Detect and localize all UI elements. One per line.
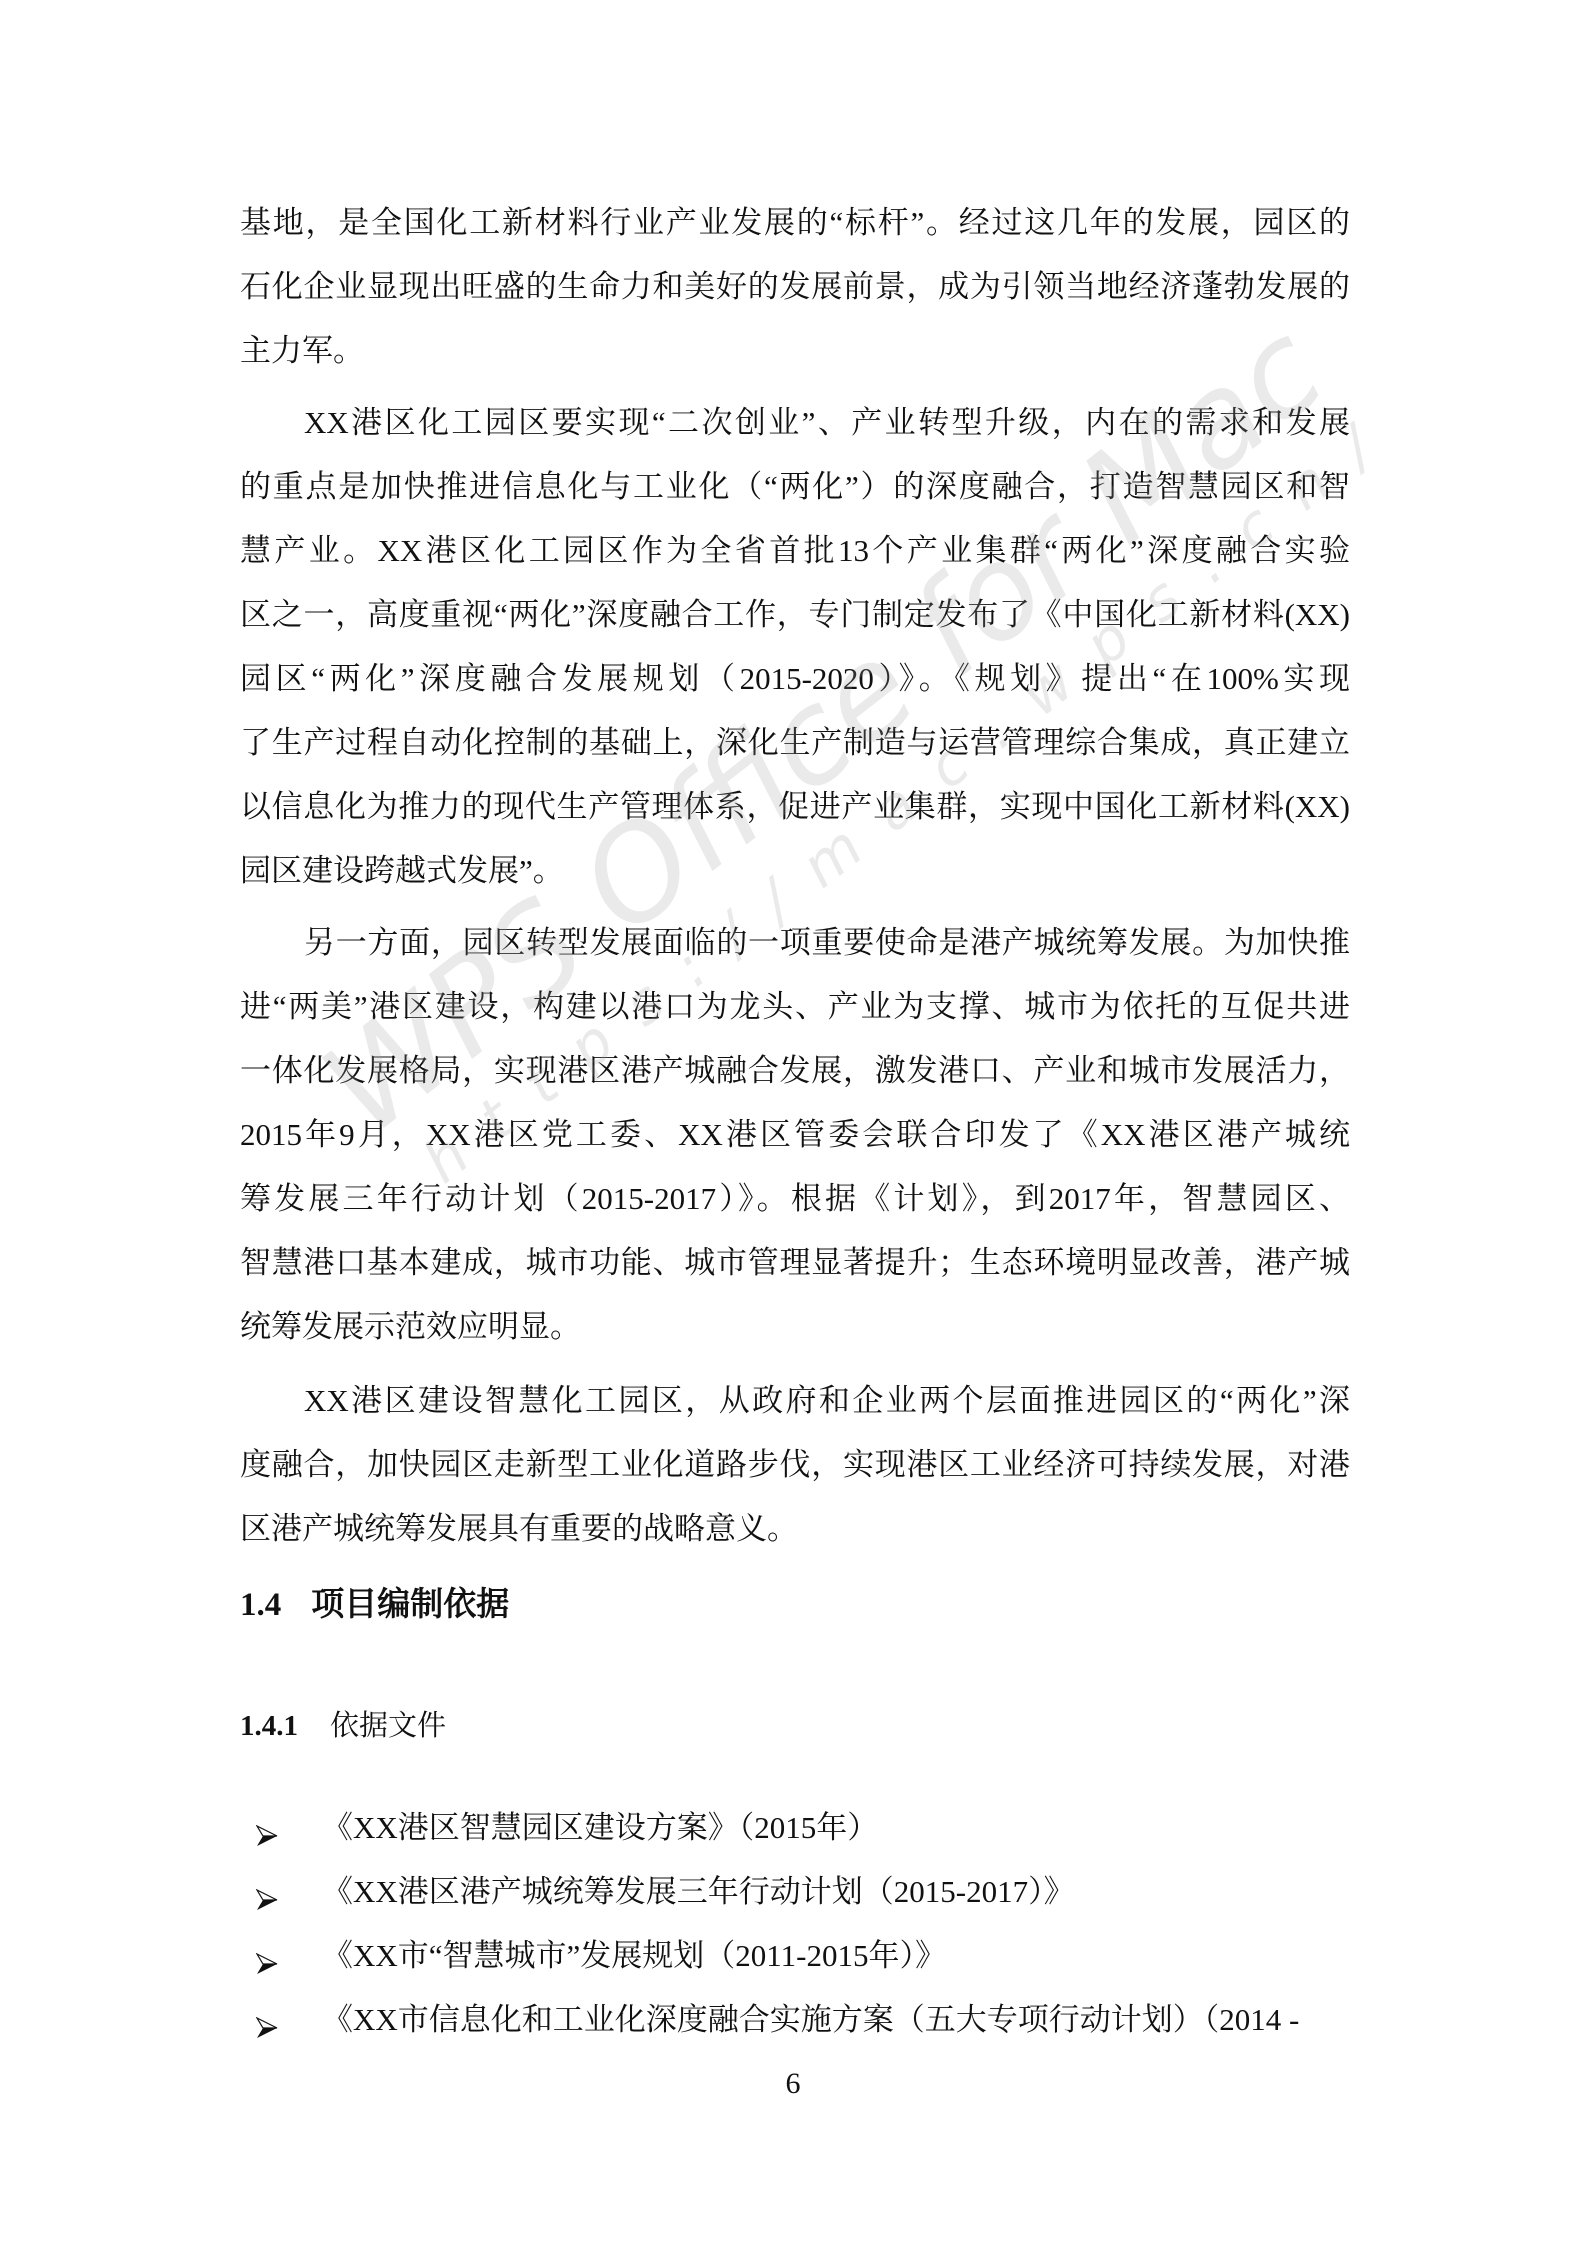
paragraph-line: 基地，是全国化工新材料行业产业发展的“标杆”。经过这几年的发展，园区的: [240, 203, 1350, 243]
arrow-bullet-icon: [256, 2009, 278, 2031]
list-item-text: 《XX港区智慧园区建设方案》（2015年）: [322, 1810, 878, 1845]
paragraph-line: 度融合，加快园区走新型工业化道路步伐，实现港区工业经济可持续发展，对港: [240, 1445, 1350, 1485]
subsection-number: 1.4.1: [240, 1710, 298, 1742]
paragraph-line: 石化企业显现出旺盛的生命力和美好的发展前景，成为引领当地经济蓬勃发展的: [240, 267, 1350, 307]
list-item: 《XX港区智慧园区建设方案》（2015年）: [256, 1808, 878, 1848]
arrow-bullet-icon: [256, 1881, 278, 1903]
paragraph-line: 的重点是加快推进信息化与工业化（“两化”）的深度融合，打造智慧园区和智: [240, 467, 1350, 507]
section-heading: 1.4项目编制依据: [240, 1585, 509, 1625]
list-item: 《XX市信息化和工业化深度融合实施方案（五大专项行动计划）（2014 -: [256, 2000, 1299, 2040]
arrow-bullet-icon: [256, 1945, 278, 1967]
paragraph-line: 筹发展三年行动计划（2015-2017）》。根据《计划》，到2017年，智慧园区…: [240, 1179, 1350, 1219]
section-title: 项目编制依据: [311, 1587, 509, 1623]
paragraph-line: 了生产过程自动化控制的基础上，深化生产制造与运营管理综合集成，真正建立: [240, 723, 1350, 763]
paragraph-line: 另一方面，园区转型发展面临的一项重要使命是港产城统筹发展。为加快推: [304, 923, 1350, 963]
subsection-heading: 1.4.1依据文件: [240, 1706, 446, 1746]
list-item-text: 《XX港区港产城统筹发展三年行动计划（2015-2017）》: [322, 1874, 1075, 1909]
paragraph-line: 以信息化为推力的现代生产管理体系，促进产业集群，实现中国化工新材料(XX): [240, 787, 1350, 827]
paragraph-line: 智慧港口基本建成，城市功能、城市管理显著提升；生态环境明显改善，港产城: [240, 1243, 1350, 1283]
paragraph-line: 园区建设跨越式发展”。: [240, 851, 1350, 891]
subsection-title: 依据文件: [330, 1710, 446, 1742]
section-number: 1.4: [240, 1587, 281, 1623]
document-page: 基地，是全国化工新材料行业产业发展的“标杆”。经过这几年的发展，园区的 石化企业…: [0, 0, 1586, 2244]
paragraph-line: XX港区化工园区要实现“二次创业”、产业转型升级，内在的需求和发展: [304, 403, 1350, 443]
paragraph-line: 园区“两化”深度融合发展规划（2015-2020）》。《规划》提出“在100%实…: [240, 659, 1350, 699]
paragraph-line: 慧产业。XX港区化工园区作为全省首批13个产业集群“两化”深度融合实验: [240, 531, 1350, 571]
paragraph-line: 统筹发展示范效应明显。: [240, 1307, 1350, 1347]
page-number: 6: [0, 2064, 1586, 2104]
list-item: 《XX港区港产城统筹发展三年行动计划（2015-2017）》: [256, 1872, 1075, 1912]
paragraph-line: 一体化发展格局，实现港区港产城融合发展，激发港口、产业和城市发展活力，: [240, 1051, 1350, 1091]
paragraph-line: 区之一，高度重视“两化”深度融合工作，专门制定发布了《中国化工新材料(XX): [240, 595, 1350, 635]
arrow-bullet-icon: [256, 1817, 278, 1839]
paragraph-line: 主力军。: [240, 331, 1350, 371]
paragraph-line: 进“两美”港区建设，构建以港口为龙头、产业为支撑、城市为依托的互促共进: [240, 987, 1350, 1027]
paragraph-line: XX港区建设智慧化工园区，从政府和企业两个层面推进园区的“两化”深: [304, 1381, 1350, 1421]
list-item: 《XX市“智慧城市”发展规划（2011-2015年）》: [256, 1936, 946, 1976]
paragraph-line: 2015年9月，XX港区党工委、XX港区管委会联合印发了《XX港区港产城统: [240, 1115, 1350, 1155]
list-item-text: 《XX市信息化和工业化深度融合实施方案（五大专项行动计划）（2014 -: [322, 2002, 1299, 2037]
list-item-text: 《XX市“智慧城市”发展规划（2011-2015年）》: [322, 1938, 946, 1973]
paragraph-line: 区港产城统筹发展具有重要的战略意义。: [240, 1509, 1350, 1549]
